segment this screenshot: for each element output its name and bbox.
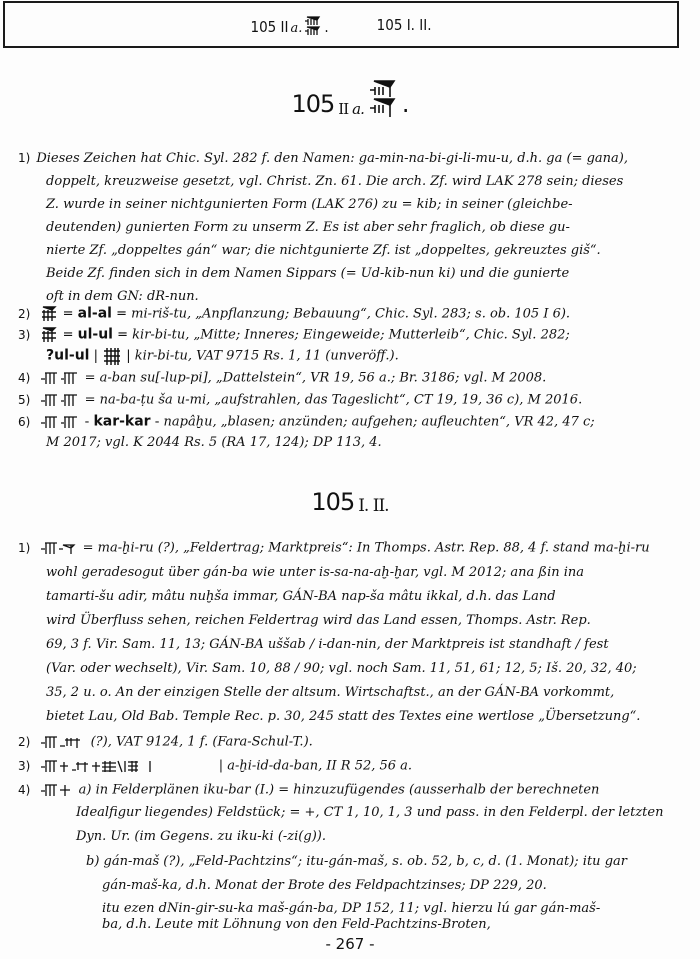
s2-entry-4-a-line-3: Dyn. Ur. (im Gegens. zu iku-ki (-zi(g)). xyxy=(76,830,326,843)
entry-1-line-2: doppelt, kreuzweise gesetzt, vgl. Christ… xyxy=(46,175,623,188)
entry-text: mi-riš-tu, „Anpflanzung; Bebauung“, Chic… xyxy=(131,307,570,322)
section-roman: II xyxy=(338,100,348,118)
cuneiform-sign-icon xyxy=(40,370,80,386)
s2-entry-4-b-line-2: gán-maš-ka, d.h. Monat der Brote des Fel… xyxy=(102,879,547,892)
s2-entry-1-line-4: wird Überfluss sehen, reichen Feldertrag… xyxy=(46,614,591,627)
s2-entry-1-line-5: 69, 3 f. Vir. Sam. 11, 13; GÁN-BA uššab … xyxy=(46,638,609,651)
cuneiform-sign-icon xyxy=(40,326,58,344)
s2-entry-1-line-8: bietet Lau, Old Bab. Temple Rec. p. 30, … xyxy=(46,710,640,723)
entry-number: 6) xyxy=(18,415,30,429)
reading: al-al xyxy=(78,306,112,322)
entry-text: gán-maš (?), „Feld-Pachtzins“; itu-gán-m… xyxy=(104,854,627,869)
s2-entry-1-line-3: tamarti-šu adir, mâtu nuḫša immar, GÁN-B… xyxy=(46,590,556,603)
entry-number: 2) xyxy=(18,735,30,749)
entry-5: 5) = na-ba-ṭu ša u-mi, „aufstrahlen, das… xyxy=(18,392,582,408)
s2-entry-2: 2) (?), VAT 9124, 1 f. (Fara-Schul-T.). xyxy=(18,734,313,750)
cuneiform-sign-icon xyxy=(40,782,74,798)
entry-text: napâḫu, „blasen; anzünden; aufgehen; auf… xyxy=(164,415,595,430)
cuneiform-sign-group-icon xyxy=(40,758,180,774)
s2-entry-4-b-line-3: itu ezen dNin-gir-su-ka maš-gán-ba, DP 1… xyxy=(102,902,600,915)
entry-text: Dieses Zeichen hat Chic. Syl. 282 f. den… xyxy=(36,151,628,166)
entry-text: (?), VAT 9124, 1 f. (Fara-Schul-T.). xyxy=(91,735,313,750)
s2-entry-1-line-1: 1) = ma-ḫi-ru (?), „Feldertrag; Marktpre… xyxy=(18,540,650,556)
section-roman: I. II. xyxy=(358,496,388,516)
reading: ul-ul xyxy=(78,327,113,343)
reading: ul-ul xyxy=(54,348,89,364)
entry-number: 3) xyxy=(18,328,30,342)
entry-text: = a-ban su[-lup-pi], „Dattelstein“, VR 1… xyxy=(85,371,547,386)
dictionary-page: 105 II a. . 105 I. II. 105 II a. . 1)Die… xyxy=(0,0,700,959)
s2-entry-4-b-line-1: b) gán-maš (?), „Feld-Pachtzins“; itu-gá… xyxy=(86,855,627,868)
section-number: 105 xyxy=(311,488,354,516)
entry-text: kir-bi-tu, „Mitte; Inneres; Eingeweide; … xyxy=(132,328,570,343)
header-left-ref: 105 II a. . xyxy=(250,14,328,36)
sub-label-a: a) xyxy=(79,783,92,798)
running-header: 105 II a. . 105 I. II. xyxy=(3,1,679,48)
s2-entry-1-line-7: 35, 2 u. o. An der einzigen Stelle der a… xyxy=(46,686,614,699)
sub-label-b: b) xyxy=(86,854,99,869)
section-title-105-IIa: 105 II a. . xyxy=(0,78,700,118)
s2-entry-4-a-line-2: Idealfigur liegendes) Feldstück; = +, CT… xyxy=(76,806,663,819)
entry-1-line-1: 1)Dieses Zeichen hat Chic. Syl. 282 f. d… xyxy=(18,152,628,165)
s2-entry-1-line-2: wohl geradesogut über gán-ba wie unter i… xyxy=(46,566,584,579)
entry-text: in Felderplänen iku-bar (I.) = hinzuzufü… xyxy=(96,783,600,798)
cuneiform-sign-icon xyxy=(40,414,80,430)
entry-text: = ma-ḫi-ru (?), „Feldertrag; Marktpreis“… xyxy=(83,541,650,556)
section-title-105-I-II: 105 I. II. xyxy=(0,488,700,516)
cuneiform-sign-icon xyxy=(368,78,398,118)
reading: kar-kar xyxy=(93,414,150,430)
s2-entry-3: 3) | a-ḫi-id-da-ban, II R 52, 56 a. xyxy=(18,758,412,774)
s2-entry-4-a-line-1: 4) a) in Felderplänen iku-bar (I.) = hin… xyxy=(18,782,599,798)
s2-entry-4-b-line-4: ba, d.h. Leute mit Löhnung von den Feld-… xyxy=(102,918,491,931)
entry-1-line-4: deutenden) gunierten Form zu unserm Z. E… xyxy=(46,221,570,234)
entry-2: 2) = al-al = mi-riš-tu, „Anpflanzung; Be… xyxy=(18,305,570,323)
entry-number: 2) xyxy=(18,307,30,321)
cuneiform-sign-icon xyxy=(102,346,122,366)
entry-1-line-7: oft in dem GN: dR-nun. xyxy=(46,290,199,303)
section-number: 105 xyxy=(291,90,334,118)
entry-6-cont: M 2017; vgl. K 2044 Rs. 5 (RA 17, 124); … xyxy=(46,436,382,449)
section-suffix: a. xyxy=(352,100,364,118)
header-left-ref-suffix: a. xyxy=(290,21,302,36)
cuneiform-sign-icon xyxy=(40,734,86,750)
s2-entry-1-line-6: (Var. oder wechselt), Vir. Sam. 10, 88 /… xyxy=(46,662,637,675)
entry-number: 4) xyxy=(18,783,30,797)
entry-number: 5) xyxy=(18,393,30,407)
entry-text: = na-ba-ṭu ša u-mi, „aufstrahlen, das Ta… xyxy=(85,393,583,408)
header-left-ref-number: 105 II xyxy=(250,18,288,36)
page-number: - 267 - xyxy=(0,935,700,953)
entry-1-line-3: Z. wurde in seiner nichtgunierten Form (… xyxy=(46,198,573,211)
entry-number: 3) xyxy=(18,759,30,773)
entry-6: 6) - kar-kar - napâḫu, „blasen; anzünden… xyxy=(18,414,595,430)
entry-1-line-6: Beide Zf. finden sich in dem Namen Sippa… xyxy=(46,267,569,280)
entry-number: 1) xyxy=(18,541,30,555)
entry-4: 4) = a-ban su[-lup-pi], „Dattelstein“, V… xyxy=(18,370,546,386)
cuneiform-sign-icon xyxy=(40,540,78,556)
entry-3-cont: ?ul-ul | | kir-bi-tu, VAT 9715 Rs. 1, 11… xyxy=(46,346,399,366)
entry-text: kir-bi-tu, VAT 9715 Rs. 1, 11 (unveröff.… xyxy=(135,349,399,364)
entry-1-line-5: nierte Zf. „doppeltes gán“ war; die nich… xyxy=(46,244,601,257)
header-right-ref: 105 I. II. xyxy=(377,16,432,34)
cuneiform-sign-icon xyxy=(40,305,58,323)
entry-text: | a-ḫi-id-da-ban, II R 52, 56 a. xyxy=(219,759,412,774)
entry-number: 4) xyxy=(18,371,30,385)
entry-3: 3) = ul-ul = kir-bi-tu, „Mitte; Inneres;… xyxy=(18,326,570,344)
cuneiform-sign-icon xyxy=(304,14,322,36)
cuneiform-sign-icon xyxy=(40,392,80,408)
entry-number: 1) xyxy=(18,151,30,165)
